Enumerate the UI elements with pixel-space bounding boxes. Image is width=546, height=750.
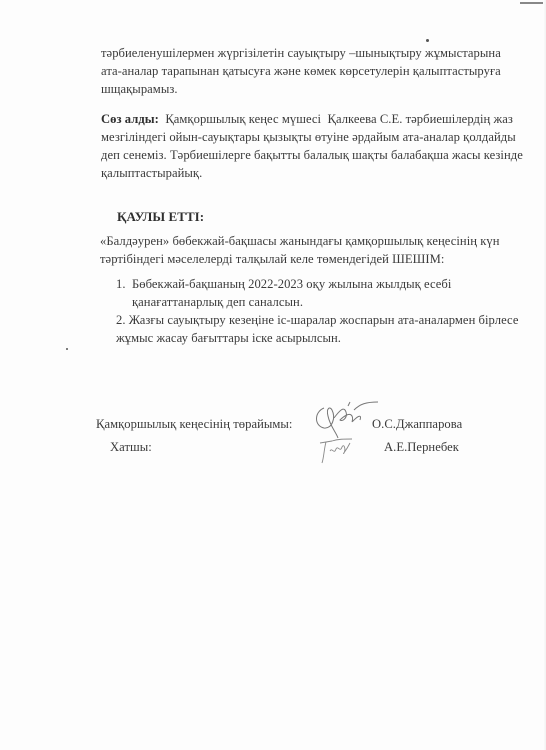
list-item-text: Бөбекжай-бақшаның 2022-2023 оқу жылына ж… xyxy=(132,275,451,293)
document-page: тәрбиеленушілермен жүргізілетін сауықтыр… xyxy=(0,0,546,750)
list-item-text: қанағаттанарлық деп саналсын. xyxy=(132,293,303,311)
resolution-heading: ҚАУЛЫ ЕТТІ: xyxy=(117,208,204,226)
handwritten-initials-icon xyxy=(318,437,354,465)
text-line: Сөз алды: Қамқоршылық кеңес мүшесі Қалке… xyxy=(101,110,513,128)
text-line: шщақырамыз. xyxy=(101,80,178,98)
list-item-number: 1. xyxy=(116,275,126,293)
text-line: тәрбиеленушілермен жүргізілетін сауықтыр… xyxy=(101,44,501,62)
signature-name-secretary: А.Е.Пернебек xyxy=(384,438,459,456)
signature-role-secretary: Хатшы: xyxy=(110,438,152,456)
scan-speck xyxy=(426,39,429,42)
list-item-text: 2. Жазғы сауықтыру кезеңіне іс-шаралар ж… xyxy=(116,311,518,329)
signature-role-chair: Қамқоршылық кеңесінің төрайымы: xyxy=(96,415,292,433)
speaker-label: Сөз алды: xyxy=(101,112,159,126)
signature-name-chair: О.С.Джаппарова xyxy=(372,415,462,433)
text-line: тәртібіндегі мәселелерді талқылай келе т… xyxy=(100,250,444,268)
list-item-text: жұмыс жасау бағыттары іске асырылсын. xyxy=(116,329,341,347)
handwritten-signature-icon xyxy=(310,398,380,440)
scan-speck xyxy=(66,348,68,350)
text-line: мезгіліндегі ойын-сауықтары қызықты өтуі… xyxy=(101,128,516,146)
text-line: қалыптастырайық. xyxy=(101,164,202,182)
text-line: «Балдәурен» бөбекжай-бақшасы жанындағы қ… xyxy=(100,232,500,250)
text-span: Қамқоршылық кеңес мүшесі Қалкеева С.Е. т… xyxy=(159,112,513,126)
text-line: деп сенеміз. Тәрбиешілерге бақытты балал… xyxy=(101,146,523,164)
text-line: ата-аналар тарапынан қатысуға және көмек… xyxy=(101,62,501,80)
